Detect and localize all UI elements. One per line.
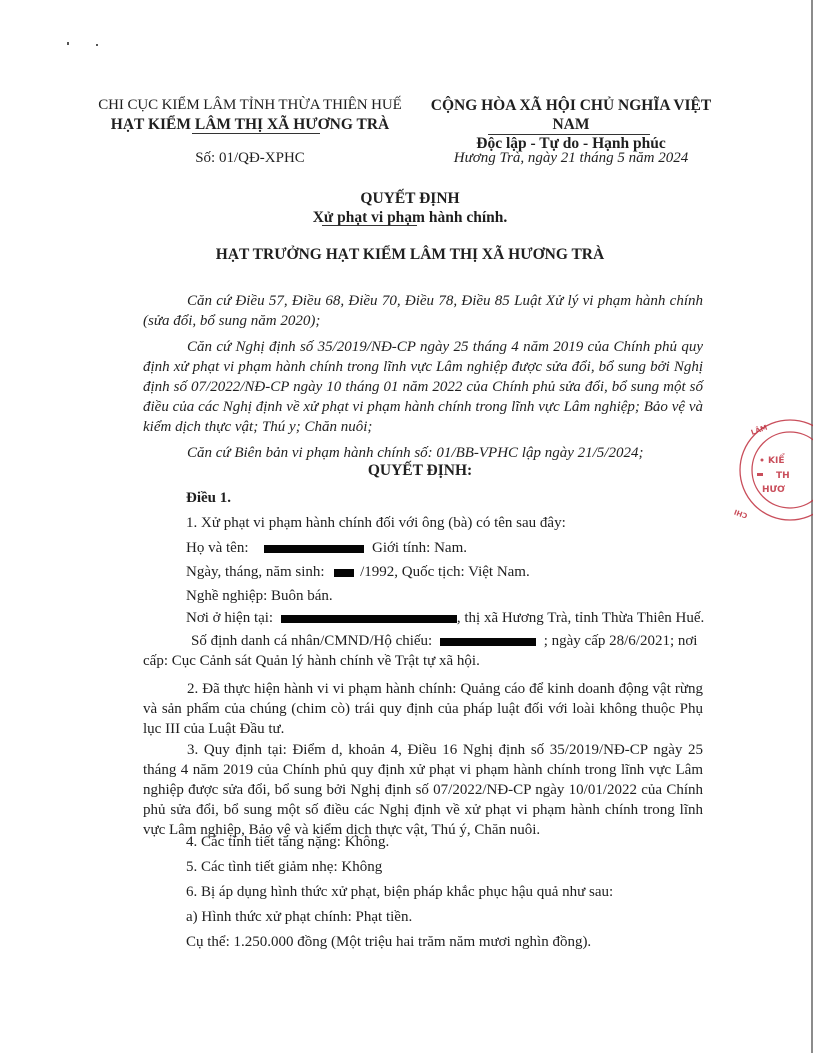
- item-3: 3. Quy định tại: Điểm d, khoản 4, Điều 1…: [143, 740, 703, 846]
- item-6a: a) Hình thức xử phạt chính: Phạt tiền.: [186, 909, 412, 926]
- agency-parent: CHI CỤC KIỂM LÂM TỈNH THỪA THIÊN HUẾ: [90, 96, 410, 115]
- gender: Giới tính: Nam.: [372, 540, 467, 556]
- address-label: Nơi ở hiện tại:: [186, 610, 273, 626]
- violation-description: 2. Đã thực hiện hành vi vi phạm hành chí…: [143, 679, 703, 739]
- national-title-block: CỘNG HÒA XÃ HỘI CHỦ NGHĨA VIỆT NAM Độc l…: [412, 96, 730, 153]
- document-number: Số: 01/QĐ-XPHC: [90, 150, 410, 167]
- motto-underline: [488, 134, 650, 135]
- nation-title: CỘNG HÒA XÃ HỘI CHỦ NGHĨA VIỆT NAM: [412, 96, 730, 134]
- address-line: Nơi ở hiện tại: , thị xã Hương Trà, tỉnh…: [186, 610, 704, 627]
- document-title: QUYẾT ĐỊNH: [180, 189, 640, 208]
- name-label: Họ và tên:: [186, 540, 248, 556]
- seal-text: LÂM: [750, 423, 769, 437]
- redacted-address: [281, 615, 457, 623]
- item-4: 4. Các tình tiết tăng nặng: Không.: [186, 834, 389, 851]
- id-tail: ; ngày cấp 28/6/2021; nơi: [544, 633, 698, 649]
- subtitle-underline: [322, 225, 417, 226]
- seal-text: CHI: [733, 507, 749, 519]
- legal-basis: Căn cứ Nghị định số 35/2019/NĐ-CP ngày 2…: [143, 337, 703, 437]
- scan-speck: [96, 44, 98, 46]
- seal-text: TH: [776, 471, 790, 481]
- decision-heading: QUYẾT ĐỊNH:: [120, 462, 720, 480]
- id-issuer: cấp: Cục Cảnh sát Quản lý hành chính về …: [143, 653, 480, 670]
- agency-underline: [192, 133, 320, 134]
- legal-bases: Căn cứ Điều 57, Điều 68, Điều 70, Điều 7…: [143, 291, 703, 469]
- red-seal-stamp: LÂM KIỂ TH HƯƠ CHI: [728, 418, 815, 524]
- article-heading: Điều 1.: [186, 490, 231, 507]
- redacted-id: [440, 638, 536, 646]
- occupation: Nghề nghiệp: Buôn bán.: [186, 588, 333, 605]
- issuer-title: HẠT TRƯỞNG HẠT KIỂM LÂM THỊ XÃ HƯƠNG TRÀ: [120, 246, 700, 264]
- redacted-name: [264, 545, 364, 553]
- id-label: Số định danh cá nhân/CMND/Hộ chiếu:: [191, 633, 432, 649]
- agency-name: HẠT KIỂM LÂM THỊ XÃ HƯƠNG TRÀ: [90, 115, 410, 134]
- seal-text: KIỂ: [768, 453, 785, 466]
- seal-text: HƯƠ: [762, 485, 785, 495]
- legal-provision: 3. Quy định tại: Điểm d, khoản 4, Điều 1…: [143, 740, 703, 840]
- dob-label: Ngày, tháng, năm sinh:: [186, 564, 325, 580]
- fine-amount: Cụ thể: 1.250.000 đồng (Một triệu hai tr…: [186, 934, 591, 951]
- issuing-agency-block: CHI CỤC KIỂM LÂM TỈNH THỪA THIÊN HUẾ HẠT…: [90, 96, 410, 134]
- place-date: Hương Trà, ngày 21 tháng 5 năm 2024: [412, 150, 730, 167]
- scan-speck: [67, 42, 69, 45]
- address-tail: , thị xã Hương Trà, tỉnh Thừa Thiên Huế.: [457, 610, 704, 626]
- dob-line: Ngày, tháng, năm sinh: /1992, Quốc tịch:…: [186, 564, 530, 581]
- item-5: 5. Các tình tiết giảm nhẹ: Không: [186, 859, 382, 876]
- document-title-block: QUYẾT ĐỊNH Xử phạt vi phạm hành chính.: [180, 189, 640, 227]
- legal-basis: Căn cứ Biên bản vi phạm hành chính số: 0…: [143, 443, 703, 463]
- item-2: 2. Đã thực hiện hành vi vi phạm hành chí…: [143, 679, 703, 745]
- name-line: Họ và tên: Giới tính: Nam.: [186, 540, 467, 557]
- dob-tail: /1992, Quốc tịch: Việt Nam.: [360, 564, 530, 580]
- redacted-dob: [334, 569, 354, 577]
- id-line: Số định danh cá nhân/CMND/Hộ chiếu: ; ng…: [191, 633, 697, 650]
- item-1: 1. Xử phạt vi phạm hành chính đối với ôn…: [186, 515, 566, 532]
- item-6: 6. Bị áp dụng hình thức xử phạt, biện ph…: [186, 884, 613, 901]
- legal-basis: Căn cứ Điều 57, Điều 68, Điều 70, Điều 7…: [143, 291, 703, 331]
